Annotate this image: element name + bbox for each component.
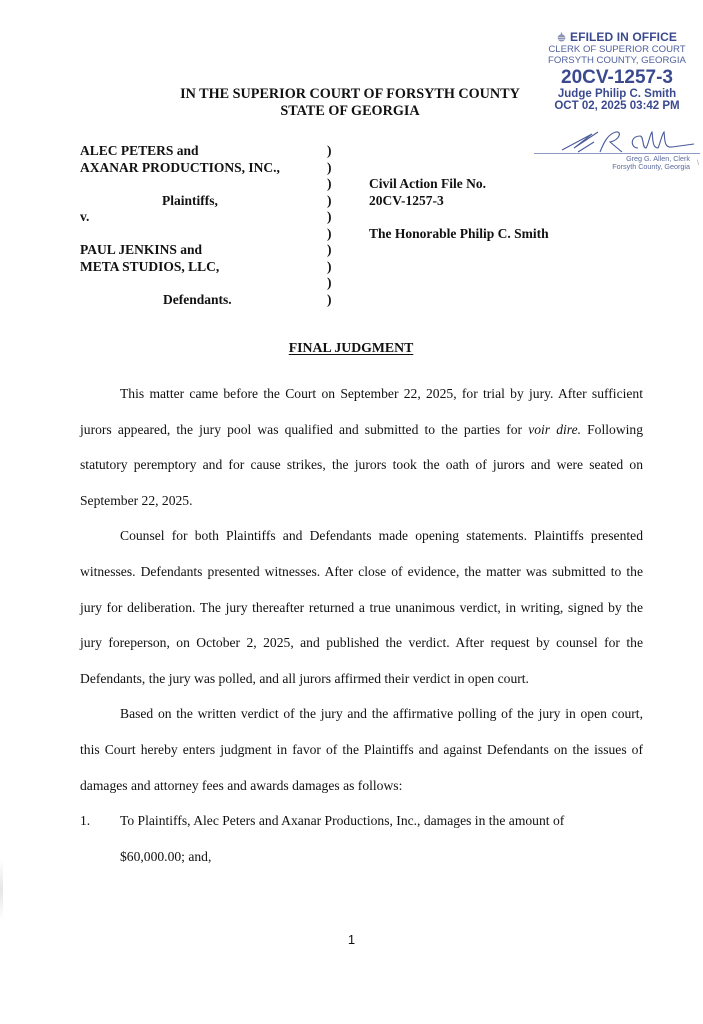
county-seal-icon [557,32,566,42]
stamp-judge: Judge Philip C. Smith [536,88,698,100]
plaintiff-name-2: AXANAR PRODUCTIONS, INC., [80,160,300,177]
file-label: Civil Action File No. [369,176,549,193]
clerk-county: Forsyth County, Georgia [560,163,690,171]
court-caption: IN THE SUPERIOR COURT OF FORSYTH COUNTY … [170,86,530,120]
case-parties: ALEC PETERS and AXANAR PRODUCTIONS, INC.… [80,143,300,308]
paragraph-trial: This matter came before the Court on Sep… [80,376,643,518]
stamp-case-number: 20CV-1257-3 [536,67,698,88]
county-state: FORSYTH COUNTY, GEORGIA [536,55,698,66]
award-item: 1.To Plaintiffs, Alec Peters and Axanar … [80,803,643,839]
plaintiff-name-1: ALEC PETERS and [80,143,300,160]
efile-stamp: EFILED IN OFFICE CLERK OF SUPERIOR COURT… [536,30,698,113]
court-name: IN THE SUPERIOR COURT OF FORSYTH COUNTY [170,86,530,103]
presiding-judge: The Honorable Philip C. Smith [369,226,549,243]
paragraph-verdict: Counsel for both Plaintiffs and Defendan… [80,518,643,696]
scan-edge [0,860,3,920]
clerk-signature-block: Greg G. Allen, Clerk Forsyth County, Geo… [560,155,690,171]
defendant-name-1: PAUL JENKINS and [80,242,300,259]
defendant-name-2: META STUDIOS, LLC, [80,259,300,276]
court-state: STATE OF GEORGIA [170,103,530,120]
efiled-label: EFILED IN OFFICE [536,30,698,44]
award-amount: $60,000.00; and, [80,839,643,875]
paragraph-judgment: Based on the written verdict of the jury… [80,696,643,803]
plaintiff-role: Plaintiffs, [80,193,300,210]
case-info: Civil Action File No. 20CV-1257-3 The Ho… [369,176,549,242]
clerk-office: CLERK OF SUPERIOR COURT [536,44,698,55]
scan-mark: \ [697,160,699,167]
filed-timestamp: OCT 02, 2025 03:42 PM [536,100,698,113]
defendant-role: Defendants. [80,292,300,309]
document-title: FINAL JUDGMENT [240,340,462,356]
caption-divider: ) ) ) ) ) ) ) ) ) ) [327,143,332,308]
file-number: 20CV-1257-3 [369,193,549,210]
versus: v. [80,209,300,226]
clerk-signature [534,128,700,154]
judgment-body: This matter came before the Court on Sep… [80,376,643,874]
page-number: 1 [0,932,703,947]
